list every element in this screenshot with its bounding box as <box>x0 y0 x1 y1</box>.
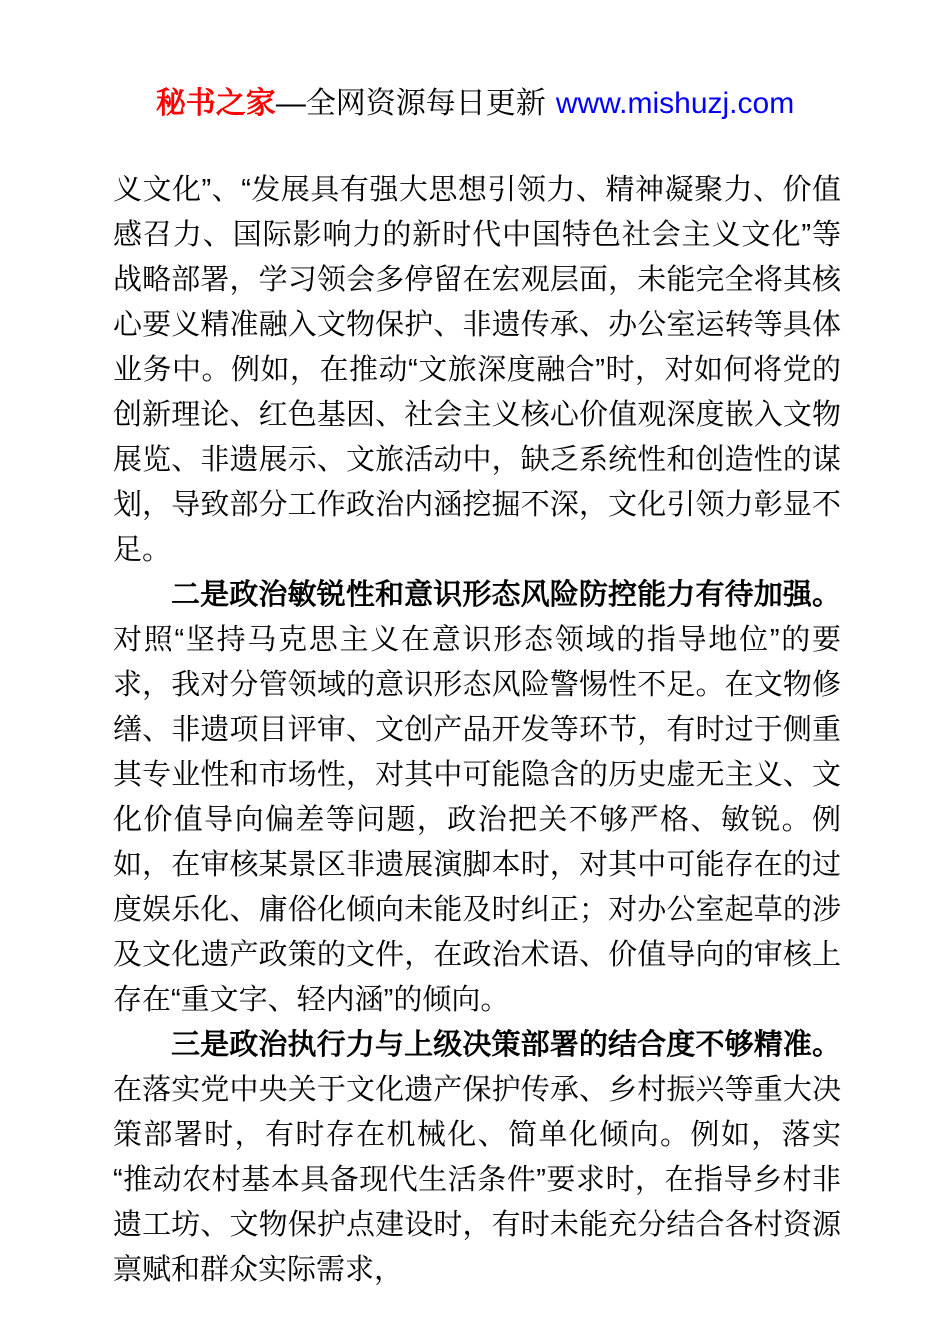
paragraph-continuation: 义文化”、“发展具有强大思想引领力、精神凝聚力、价值感召力、国际影响力的新时代中… <box>113 168 841 573</box>
document-body: 义文化”、“发展具有强大思想引领力、精神凝聚力、价值感召力、国际影响力的新时代中… <box>113 168 841 1293</box>
site-name: 秘书之家 <box>156 87 276 120</box>
paragraph-point-three: 三是政治执行力与上级决策部署的结合度不够精准。在落实党中央关于文化遗产保护传承、… <box>113 1023 841 1293</box>
document-page: 秘书之家—全网资源每日更新www.mishuzj.com 义文化”、“发展具有强… <box>0 0 950 1344</box>
site-url-link[interactable]: www.mishuzj.com <box>556 87 794 120</box>
paragraph-text: 在落实党中央关于文化遗产保护传承、乡村振兴等重大决策部署时，有时存在机械化、简单… <box>113 1074 841 1286</box>
paragraph-lead: 二是政治敏锐性和意识形态风险防控能力有待加强。 <box>171 579 841 611</box>
watermark-header: 秘书之家—全网资源每日更新www.mishuzj.com <box>0 84 950 124</box>
paragraph-lead: 三是政治执行力与上级决策部署的结合度不够精准。 <box>171 1029 841 1061</box>
paragraph-text: 对照“坚持马克思主义在意识形态领域的指导地位”的要求，我对分管领域的意识形态风险… <box>113 624 841 1016</box>
paragraph-point-two: 二是政治敏锐性和意识形态风险防控能力有待加强。对照“坚持马克思主义在意识形态领域… <box>113 573 841 1023</box>
header-tagline: —全网资源每日更新 <box>276 87 546 120</box>
paragraph-text: 义文化”、“发展具有强大思想引领力、精神凝聚力、价值感召力、国际影响力的新时代中… <box>113 174 841 566</box>
